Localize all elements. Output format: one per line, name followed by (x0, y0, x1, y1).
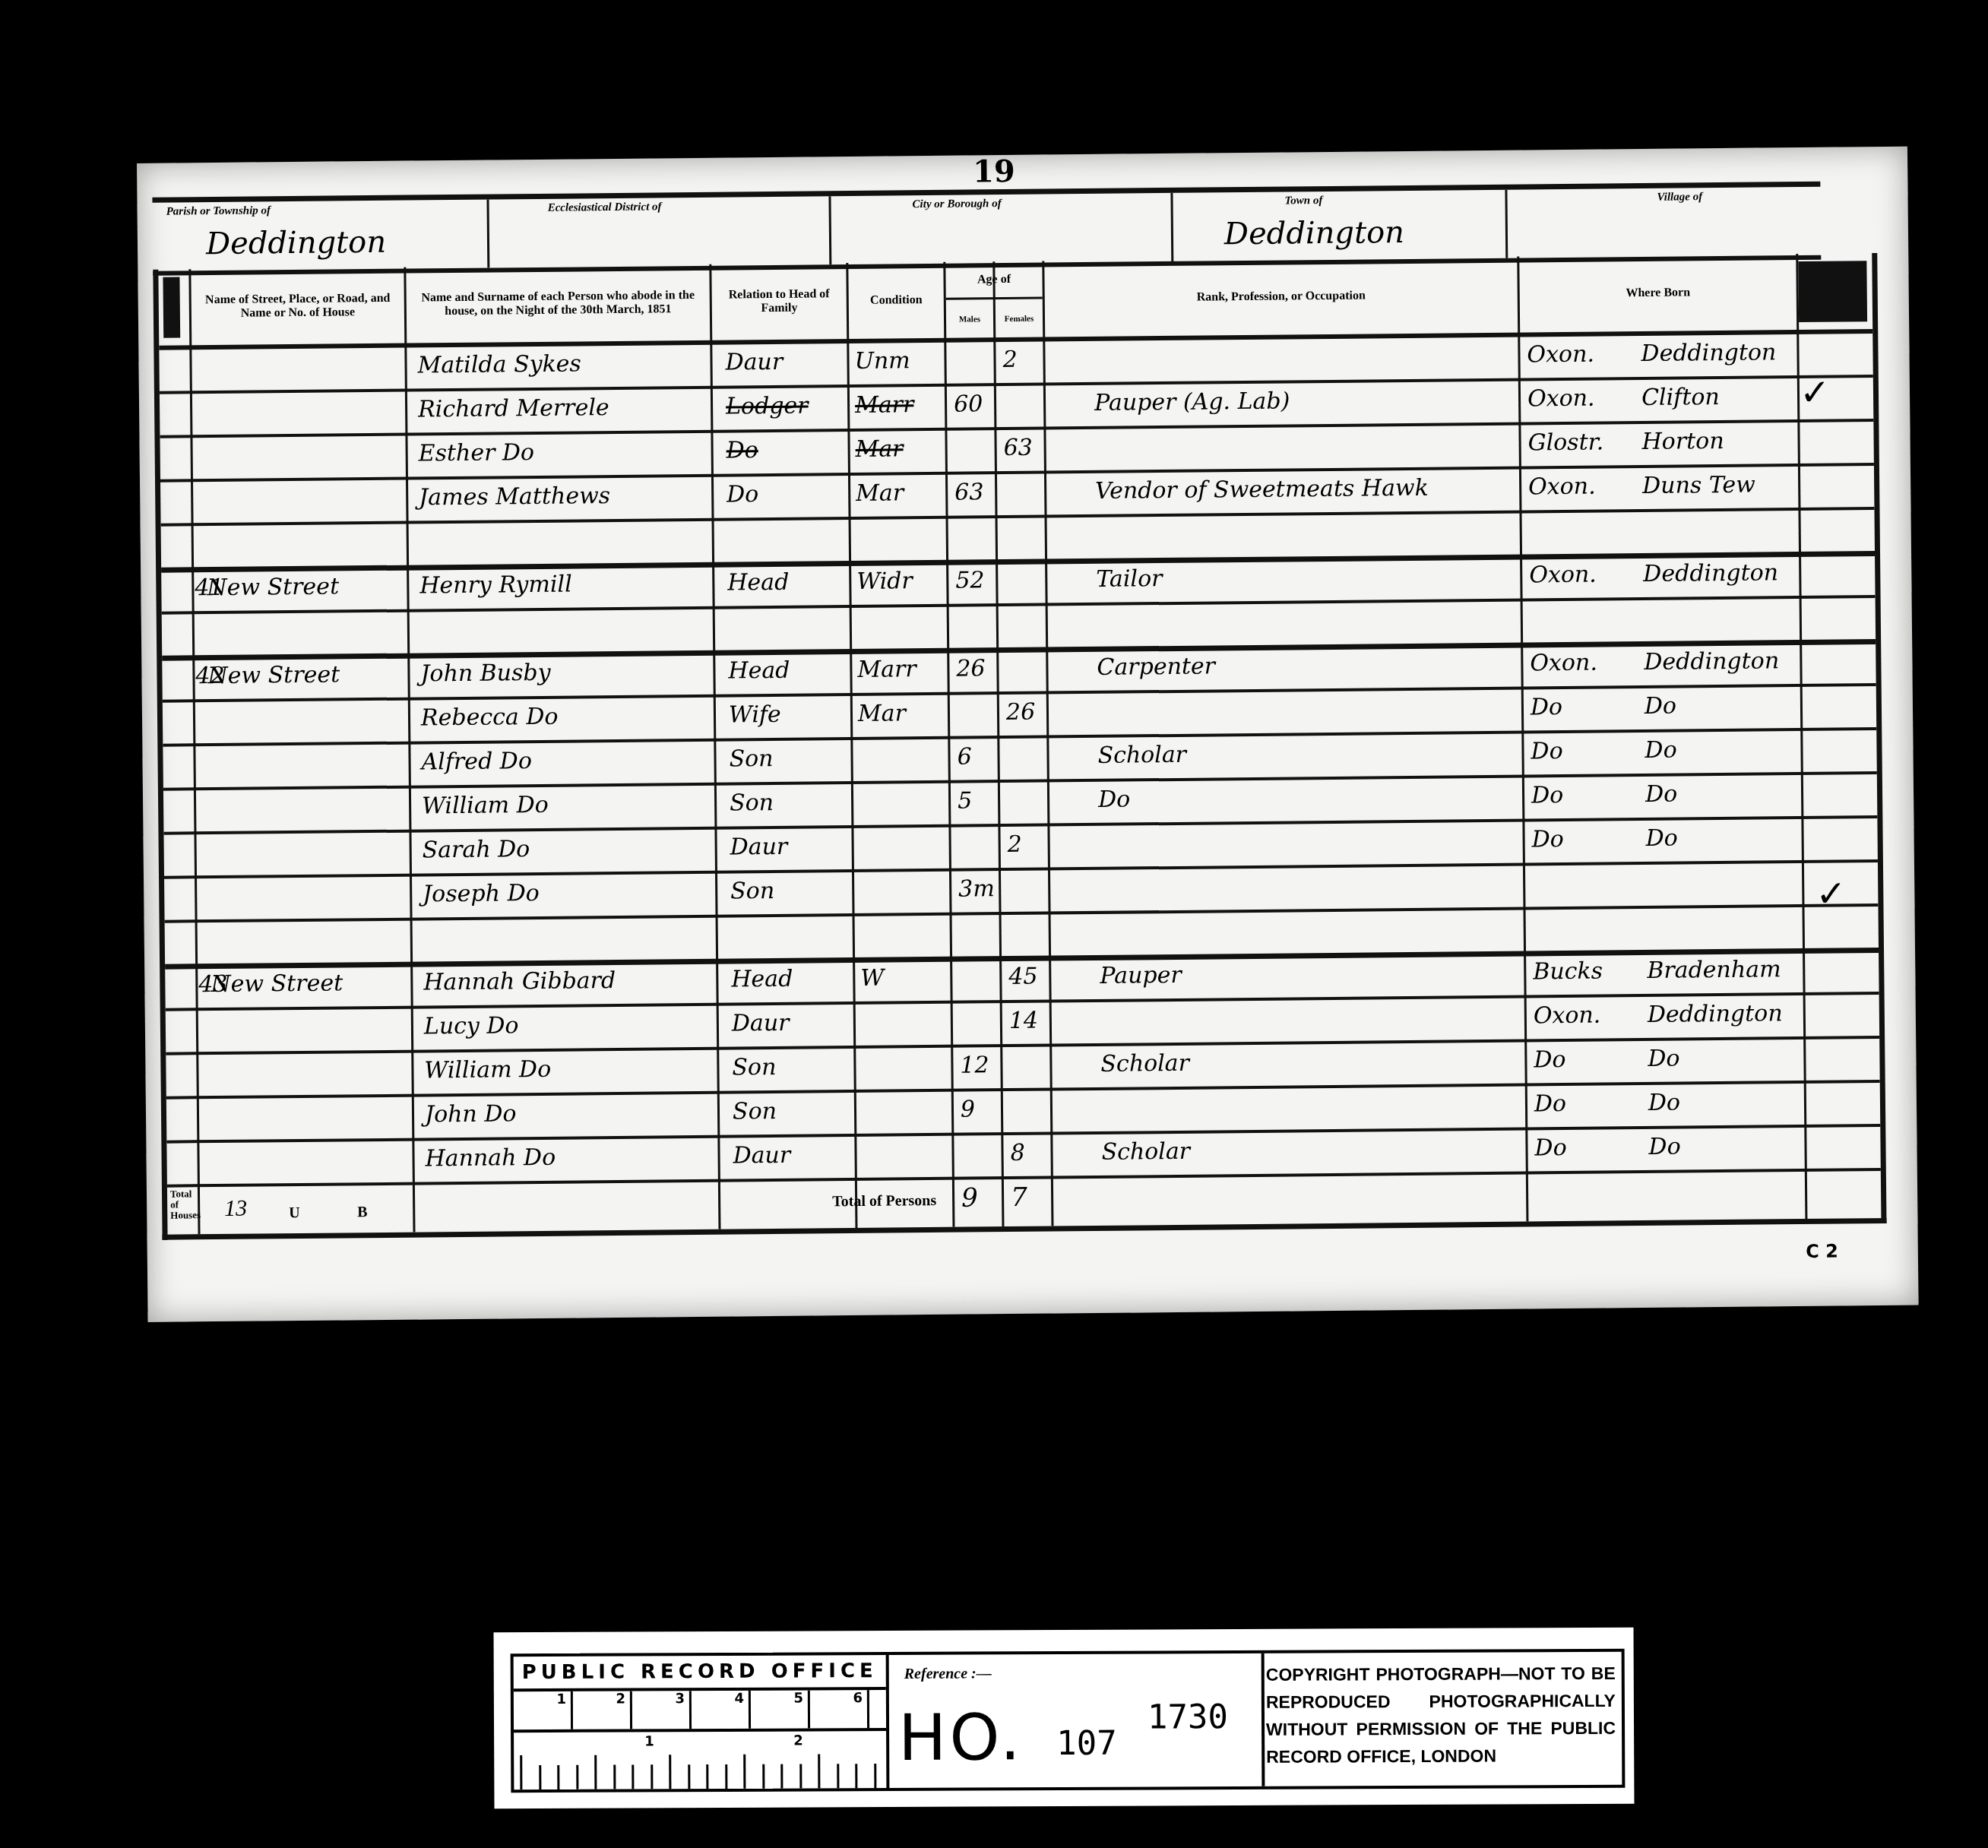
series-code: HO. (898, 1700, 1024, 1775)
ruler-mark: 4 (692, 1691, 751, 1729)
condition-cell: Unm (854, 347, 910, 375)
condition-cell: Mar (855, 435, 903, 463)
females-total: 7 (1011, 1182, 1027, 1213)
ruler-tick (837, 1764, 839, 1788)
born-county-cell: Oxon. (1527, 385, 1595, 413)
males-total: 9 (961, 1182, 978, 1213)
occupation-cell: Scholar (1101, 1138, 1190, 1166)
town-value: Deddington (1224, 215, 1404, 252)
uninhabited-label: U (289, 1204, 300, 1222)
born-county-cell: Glostr. (1527, 429, 1603, 456)
city-label: City or Borough of (912, 198, 1001, 211)
male-age-cell: 6 (957, 743, 971, 770)
ruler-tick (576, 1765, 578, 1789)
ruler-tick (632, 1764, 634, 1789)
born-place-cell: Deddington (1644, 647, 1779, 676)
village-field: Village of (1505, 187, 1821, 258)
born-county-cell: Oxon. (1530, 650, 1597, 677)
ruler-tick (539, 1765, 541, 1789)
born-county-cell: Oxon. (1527, 341, 1594, 369)
building-label: B (357, 1204, 368, 1221)
born-place-cell: Bradenham (1647, 956, 1781, 984)
condition-cell: W (860, 965, 884, 992)
born-county-cell: Do (1534, 1046, 1565, 1073)
occupation-cell: Vendor of Sweetmeats Hawk (1095, 475, 1429, 505)
person-name-cell: Rebecca Do (421, 704, 559, 732)
male-age-cell: 60 (954, 391, 983, 417)
ruler-tick (669, 1755, 671, 1789)
ruler-cm: 123456 (514, 1690, 886, 1732)
male-age-cell: 5 (958, 787, 972, 814)
relation-cell: Do (727, 481, 758, 508)
female-age-cell: 2 (1002, 346, 1017, 373)
blind-header (1798, 261, 1867, 322)
ecclesiastical-field: Ecclesiastical District of (486, 196, 831, 267)
condition-cell: Mar (856, 479, 904, 507)
ruler-mark: 6 (810, 1690, 869, 1728)
age-header: Age of (945, 261, 1042, 300)
male-age-cell: 52 (955, 567, 985, 593)
male-age-cell: 3m (958, 875, 995, 902)
occupation-cell: Carpenter (1097, 653, 1215, 680)
relation-cell: Head (728, 657, 790, 685)
born-county-cell: Do (1534, 1090, 1566, 1117)
person-name-cell: Henry Rymill (419, 571, 572, 600)
ruler-tick (688, 1764, 690, 1789)
ruler-tick (651, 1764, 653, 1789)
street-name-cell: New Street (211, 970, 343, 998)
born-place-cell: Clifton (1641, 384, 1720, 411)
person-name-cell: John Busby (420, 660, 551, 688)
parish-value: Deddington (206, 225, 386, 261)
ruler-mark: 2 (573, 1691, 632, 1729)
born-county-cell: Do (1531, 782, 1563, 808)
person-name-cell: Alfred Do (421, 748, 532, 775)
occupation-cell: Pauper (1100, 962, 1182, 989)
person-name-cell: William Do (422, 792, 549, 820)
person-name-cell: William Do (424, 1056, 551, 1084)
born-county-cell: Do (1534, 1134, 1566, 1161)
born-county-cell: Oxon. (1528, 473, 1596, 501)
born-county-cell: Oxon. (1534, 1002, 1601, 1030)
village-label: Village of (1657, 191, 1702, 204)
person-name-cell: Richard Merrele (418, 394, 609, 422)
ruler-tick (855, 1764, 857, 1788)
relation-cell: Son (733, 1098, 777, 1125)
born-place-cell: Do (1645, 693, 1676, 720)
ruler-tick (818, 1754, 820, 1788)
relation-cell: Lodger (726, 393, 809, 420)
town-label: Town of (1284, 195, 1322, 207)
occupation-cell: Do (1098, 786, 1130, 812)
male-age-cell: 12 (960, 1052, 989, 1078)
born-place-cell: Do (1645, 825, 1677, 852)
occupation-cell: Scholar (1100, 1050, 1189, 1077)
relation-cell: Son (730, 878, 774, 905)
ruler-tick (874, 1764, 876, 1788)
female-age-cell: 45 (1008, 964, 1038, 990)
relation-cell: Head (731, 966, 793, 993)
relation-cell: Do (726, 437, 758, 464)
street-name-cell: New Street (207, 661, 340, 689)
relation-cell: Daur (730, 834, 788, 861)
male-age-cell: 26 (956, 655, 986, 682)
office-name: PUBLIC RECORD OFFICE (514, 1655, 886, 1691)
condition-cell: Mar (858, 700, 906, 727)
born-county-cell: Do (1531, 694, 1562, 720)
born-county-cell: Do (1531, 738, 1562, 764)
city-field: City or Borough of (828, 193, 1173, 264)
occupation-cell: Tailor (1096, 565, 1163, 593)
person-name-cell: John Do (425, 1100, 517, 1128)
relation-cell: Son (729, 745, 773, 773)
ruler-tick (594, 1755, 597, 1789)
relation-cell: Son (732, 1054, 776, 1081)
ruler-mark: 3 (632, 1691, 692, 1729)
female-age-cell: 63 (1003, 435, 1033, 461)
schedule-table: Name of Street, Place, or Road, and Name… (153, 253, 1886, 1240)
born-place-cell: Deddington (1643, 559, 1778, 587)
condition-cell: Marr (857, 656, 916, 683)
street-header: Name of Street, Place, or Road, and Name… (191, 267, 404, 346)
town-field: Town of Deddington (1170, 190, 1508, 261)
reference-label: Reference :— (904, 1665, 992, 1683)
schedule-number-header (163, 277, 180, 337)
occupation-cell: Pauper (Ag. Lab) (1094, 388, 1290, 416)
persons-label: Total of Persons (832, 1192, 936, 1210)
female-age-cell: 8 (1010, 1140, 1024, 1166)
folio-reference: 1730 (1148, 1698, 1228, 1736)
ruler-mark: 1 (514, 1691, 573, 1729)
person-name-cell: Hannah Do (425, 1144, 556, 1172)
female-age-cell: 14 (1009, 1008, 1039, 1034)
ruler-inch: 12 (514, 1731, 886, 1789)
born-place-cell: Do (1648, 1046, 1679, 1072)
female-age-cell: 26 (1006, 699, 1036, 726)
born-place-cell: Deddington (1641, 339, 1776, 367)
ruler-tick (613, 1765, 616, 1789)
person-name-cell: Esther Do (419, 439, 535, 467)
copyright-notice: COPYRIGHT PHOTOGRAPH—NOT TO BE REPRODUCE… (1266, 1660, 1616, 1770)
born-place-cell: Do (1645, 737, 1676, 764)
census-page: 19 Parish or Township of Deddington Eccl… (137, 147, 1919, 1322)
male-age-cell: 9 (961, 1096, 975, 1122)
ruler-mark: 5 (751, 1690, 810, 1728)
where-born-header: Where Born (1519, 254, 1796, 332)
folio-number: 19 (973, 153, 1015, 190)
condition-cell: Widr (856, 568, 913, 595)
relation-cell: Wife (729, 701, 781, 729)
street-name-cell: New Street (207, 573, 339, 601)
reference-box: Reference :— HO. 107 1730 (889, 1653, 1265, 1788)
side-mark: C 2 (1806, 1241, 1838, 1262)
ruler-tick (706, 1764, 708, 1789)
relation-cell: Daur (733, 1142, 790, 1169)
born-place-cell: Do (1645, 781, 1677, 808)
born-county-cell: Do (1531, 826, 1563, 853)
males-header: Males (946, 301, 993, 338)
occupation-header: Rank, Profession, or Occupation (1044, 257, 1518, 337)
ecclesiastical-label: Ecclesiastical District of (548, 201, 662, 214)
male-age-cell: 63 (954, 479, 984, 505)
female-age-cell: 2 (1007, 831, 1021, 858)
scale-ruler: PUBLIC RECORD OFFICE 123456 12 (514, 1655, 890, 1789)
ruler-tick (762, 1764, 764, 1789)
born-county-cell: Oxon. (1529, 562, 1597, 589)
ruler-inch-mark: 2 (793, 1732, 803, 1748)
public-record-office-label: PUBLIC RECORD OFFICE 123456 12 Reference… (494, 1628, 1635, 1809)
ruler-tick (743, 1755, 745, 1789)
condition-cell: Marr (855, 391, 914, 419)
relation-cell: Head (727, 569, 789, 596)
ruler-tick (799, 1764, 802, 1789)
occupation-cell: Scholar (1097, 742, 1186, 769)
person-name-cell: Joseph Do (423, 880, 540, 907)
born-place-cell: Duns Tew (1642, 472, 1755, 499)
name-header: Name and Surname of each Person who abod… (406, 264, 710, 343)
parish-label: Parish or Township of (166, 204, 271, 218)
condition-header: Condition (848, 262, 944, 339)
person-name-cell: Hannah Gibbard (423, 967, 616, 995)
checkmark-icon: ✓ (1815, 872, 1847, 915)
ruler-inch-mark: 1 (644, 1733, 654, 1749)
ruler-tick (557, 1765, 559, 1789)
person-name-cell: Matilda Sykes (417, 350, 581, 378)
born-place-cell: Horton (1641, 428, 1724, 455)
person-name-cell: James Matthews (419, 483, 610, 511)
born-place-cell: Do (1648, 1134, 1680, 1160)
relation-cell: Daur (732, 1010, 790, 1037)
houses-total: 13 (224, 1196, 247, 1222)
born-place-cell: Deddington (1648, 1000, 1783, 1028)
houses-label: Total of Houses (170, 1188, 198, 1220)
person-name-cell: Lucy Do (424, 1012, 519, 1039)
parish-field: Parish or Township of Deddington (152, 200, 489, 271)
piece-number: 107 (1056, 1724, 1117, 1763)
ruler-tick (520, 1755, 522, 1789)
born-place-cell: Do (1648, 1090, 1680, 1116)
ruler-tick (725, 1764, 727, 1789)
relation-header: Relation to Head of Family (711, 263, 847, 340)
females-header: Females (996, 301, 1043, 338)
relation-cell: Son (730, 790, 774, 817)
relation-cell: Daur (725, 349, 783, 376)
person-name-cell: Sarah Do (423, 836, 530, 863)
ruler-tick (780, 1764, 783, 1789)
checkmark-icon: ✓ (1800, 372, 1831, 414)
born-county-cell: Bucks (1533, 958, 1603, 986)
